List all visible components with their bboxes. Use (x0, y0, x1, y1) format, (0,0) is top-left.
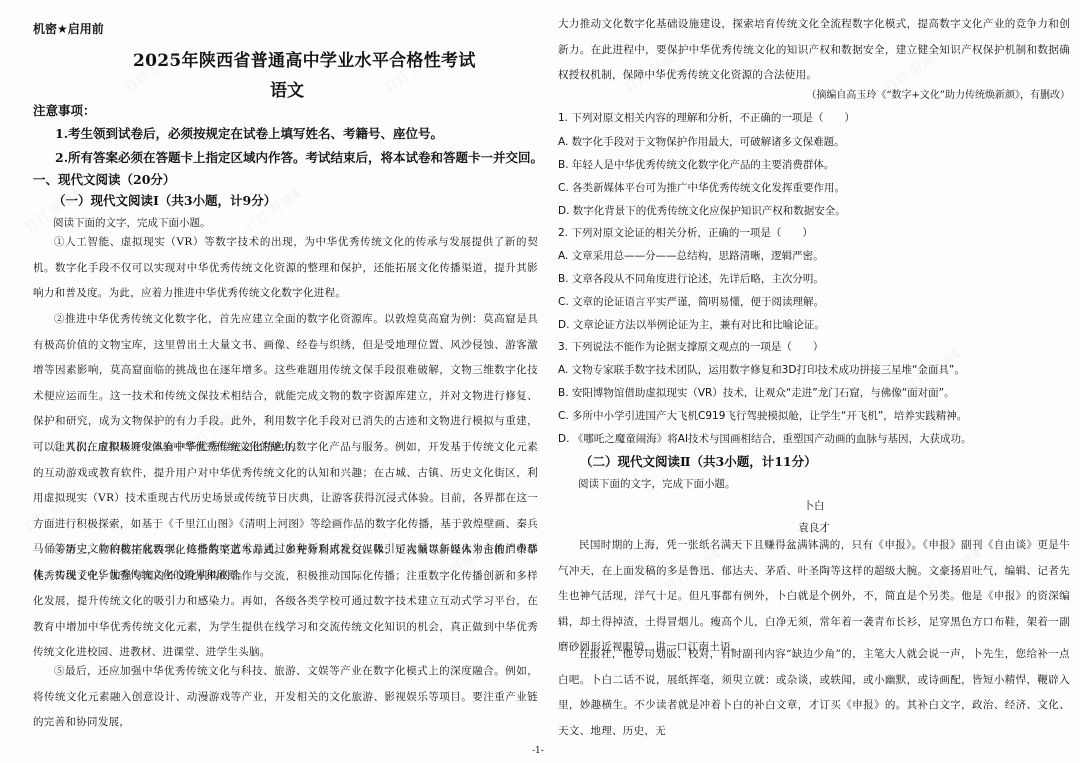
question-1-option-d: D. 数字化背景下的优秀传统文化应保护知识产权和数据安全。 (558, 203, 846, 218)
exam-subject: 语文 (270, 76, 304, 101)
question-2-option-c: C. 文章的论证语言平实严谨，简明易懂，便于阅读理解。 (558, 294, 824, 309)
question-1-option-b: B. 年轻人是中华优秀传统文化数字化产品的主要消费群体。 (558, 157, 834, 172)
question-1-option-c: C. 各类新媒体平台可为推广中华优秀传统文化发挥重要作用。 (558, 180, 845, 195)
question-2-stem: 2. 下列对原文论证的相关分析，正确的一项是（ ） (558, 225, 813, 240)
confidential-mark: 机密★启用前 (33, 20, 104, 37)
page-number: -1- (532, 746, 544, 756)
section-heading: 一、现代文阅读（20分） (33, 170, 175, 188)
question-3-option-b: B. 安阳博物馆借助虚拟现实（VR）技术，让观众“走进”龙门石窟，与佛像“面对面… (558, 385, 955, 400)
story-paragraph: 在报社，他专司划版、校对，有时副刊内容“缺边少角”的，主笔大人就会说一声，卜先生… (558, 642, 1070, 744)
reading-instruction: 阅读下面的文字，完成下面小题。 (53, 215, 211, 230)
story-title: 卜白 (558, 498, 1070, 513)
passage-continuation: 大力推动文化数字化基础设施建设，探索培育传统文化全流程数字化模式，提高数字文化产… (558, 12, 1070, 89)
part-heading: （二）现代文阅读Ⅱ（共3小题，计11分） (580, 452, 817, 470)
source-note: （摘编自高玉玲《“数字+文化”助力传统焕新颜》，有删改） (806, 86, 1070, 101)
question-2-option-a: A. 文章采用总——分——总结构，思路清晰，逻辑严密。 (558, 248, 824, 263)
notice-heading: 注意事项： (33, 101, 96, 119)
question-3-option-a: A. 文物专家联手数字技术团队，运用数字修复和3D打印技术成功拼接三星堆“金面具… (558, 362, 965, 377)
question-3-stem: 3. 下列说法不能作为论据支撑原文观点的一项是（ ） (558, 339, 823, 354)
notice-item: 2.所有答案必须在答题卡上指定区域内作答。考试结束后，将本试卷和答题卡一并交回。 (55, 148, 543, 166)
question-3-option-d: D. 《哪吒之魔童闹海》将AI技术与国画相结合，重塑国产动画的血脉与基因，大获成… (558, 431, 972, 446)
question-2-option-b: B. 文章各段从不同角度进行论述，先详后略，主次分明。 (558, 271, 824, 286)
passage-paragraph: ⑤最后，还应加强中华优秀传统文化与科技、旅游、文娱等产业在数字化模式上的深度融合… (33, 659, 538, 736)
notice-item: 1.考生领到试卷后，必须按规定在试卷上填写姓名、考籍号、座位号。 (55, 124, 443, 142)
reading-instruction: 阅读下面的文字，完成下面小题。 (578, 476, 736, 491)
exam-page: 钉钉 舒迪4 钉钉 舒迪4 钉钉 舒迪4 钉钉 舒迪4 钉钉 舒迪4 钉钉 舒迪… (0, 0, 1080, 763)
passage-paragraph: ④第三，应积极拓展数字化传播的渠道与方式。如充分利用社交媒体、短视频等新媒体平台… (33, 538, 538, 666)
passage-paragraph: ①人工智能、虚拟现实（VR）等数字技术的出现，为中华优秀传统文化的传承与发展提供… (33, 230, 538, 307)
question-1-stem: 1. 下列对原文相关内容的理解和分析，不正确的一项是（ ） (558, 110, 855, 125)
exam-title: 2025年陕西省普通高中学业水平合格性考试 (133, 46, 476, 71)
question-3-option-c: C. 多所中小学引进国产大飞机C919飞行驾驶模拟舱，让学生“开飞机”，培养实践… (558, 408, 967, 423)
part-heading: （一）现代文阅读Ⅰ（共3小题，计9分） (53, 191, 276, 209)
question-2-option-d: D. 文章论证方法以举例论证为主，兼有对比和比喻论证。 (558, 317, 825, 332)
question-1-option-a: A. 数字化手段对于文物保护作用最大，可破解诸多文保难题。 (558, 134, 845, 149)
